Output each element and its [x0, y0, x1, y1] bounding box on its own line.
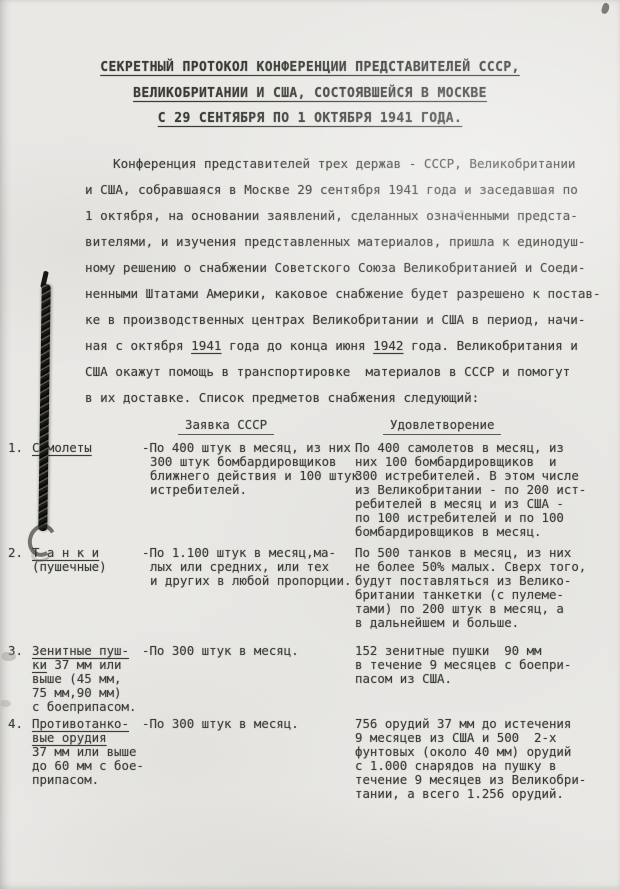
year-1942: 1942 — [373, 338, 403, 353]
satisfaction-line: тами) по 200 штук в месяц, а — [355, 602, 614, 616]
satisfaction-line: тании, а всего 1.256 орудий. — [355, 787, 614, 801]
satisfaction-cell: 756 орудий 37 мм до истечения 9 месяцев … — [355, 717, 614, 801]
item-label-line: вые орудия — [32, 731, 142, 745]
satisfaction-line: По 400 самолетов в месяц, из — [355, 441, 614, 455]
table-row: 3. Зенитные пуш- ки 37 мм или выше (45 м… — [8, 644, 614, 714]
paragraph-line: в их доставке. Список предметов снабжени… — [85, 385, 610, 411]
label-underlined-part: ки — [32, 657, 47, 672]
year-line-pre: ная с октября — [85, 338, 191, 353]
item-label-line: Противотанко- — [32, 717, 142, 731]
satisfaction-line: 756 орудий 37 мм до истечения — [355, 717, 614, 731]
item-number: 1. — [8, 441, 32, 455]
satisfaction-line: из Великобритании - по 200 ист- — [355, 483, 614, 497]
paragraph-line: ному решению о снабжении Советского Союз… — [85, 255, 610, 281]
title-line: СЕКРЕТНЫЙ ПРОТОКОЛ КОНФЕРЕНЦИИ ПРЕДСТАВИ… — [0, 55, 620, 81]
request-line: и других в любой пропорции. — [142, 574, 355, 588]
item-label: Зенитные пуш- ки 37 мм или выше (45 мм, … — [32, 644, 142, 714]
label-plain-part: с боеприпасом. — [32, 699, 136, 714]
table-row: 2. Т а н к и (пушечные) -По 1.100 штук в… — [8, 546, 614, 630]
label-underlined-part: вые орудия — [32, 730, 107, 745]
satisfaction-line: течение 9 месяцев из Великобри- — [355, 773, 614, 787]
item-label-line: выше (45 мм, — [32, 672, 142, 686]
paragraph-line: вителями, и изучения представленных мате… — [85, 229, 610, 255]
request-cell: -По 300 штук в месяц. — [142, 717, 355, 731]
paragraph-line-years: ная с октября 1941 года до конца июня 19… — [85, 333, 610, 359]
request-cell: -По 1.100 штук в месяц,ма- лых или средн… — [142, 546, 355, 588]
label-underlined-part: Противотанко- — [32, 716, 129, 731]
satisfaction-line: пасом из США. — [355, 672, 614, 686]
satisfaction-cell: По 400 самолетов в месяц, из них 100 бом… — [355, 441, 614, 539]
paper-speck — [600, 2, 610, 15]
satisfaction-line: 300 истребителей. В этом числе — [355, 469, 614, 483]
satisfaction-line: ребителей в месяц и из США - — [355, 497, 614, 511]
year-1941: 1941 — [191, 338, 221, 353]
table-rows: 1. Самолеты -По 400 штук в месяц, из них… — [8, 441, 614, 801]
paper-smudge — [2, 652, 16, 661]
table-row: 4. Противотанко- вые орудия 37 мм или вы… — [8, 717, 614, 801]
item-number: 4. — [8, 717, 32, 731]
paper-smudge — [1, 700, 11, 707]
satisfaction-line: по 100 истребителей и по 100 — [355, 511, 614, 525]
item-label-line: припасом. — [32, 773, 142, 787]
preamble-paragraph: Конференция представителей трех держав -… — [85, 151, 610, 411]
satisfaction-line: в дальнейшем и больше. — [355, 616, 614, 630]
satisfaction-line: британии танкетки (с пулеме- — [355, 588, 614, 602]
item-label-line: Зенитные пуш- — [32, 644, 142, 658]
title-line: С 29 СЕНТЯБРЯ ПО 1 ОКТЯБРЯ 1941 ГОДА. — [0, 106, 620, 132]
title-line: ВЕЛИКОБРИТАНИИ И США, СОСТОЯВШЕЙСЯ В МОС… — [0, 81, 620, 107]
year-line-post: года. Великобритания и — [404, 338, 578, 353]
item-label-line: до 60 мм с бое- — [32, 759, 142, 773]
request-cell: -По 400 штук в месяц, из них 300 штук бо… — [142, 441, 355, 497]
paragraph-lines: США окажут помощь в транспортировке мате… — [85, 359, 610, 411]
request-line: истребителей. — [142, 483, 355, 497]
satisfaction-line: в течение 9 месяцев с боепри- — [355, 658, 614, 672]
request-line: -По 1.100 штук в месяц,ма- — [142, 546, 355, 560]
paper-speck — [460, 210, 464, 214]
paragraph-lines: Конференция представителей трех держав -… — [85, 151, 610, 333]
label-underlined-part: Зенитные пуш- — [32, 643, 129, 658]
request-line: 300 штук бомбардировщиков — [142, 455, 355, 469]
request-line: -По 300 штук в месяц. — [142, 644, 355, 658]
request-cell: -По 300 штук в месяц. — [142, 644, 355, 658]
label-plain-part: припасом. — [32, 772, 99, 787]
column-header-request: Заявка СССР — [178, 417, 274, 435]
satisfaction-cell: По 500 танков в месяц, из них не более 5… — [355, 546, 614, 630]
satisfaction-line: них 100 бомбардировщиков и — [355, 455, 614, 469]
satisfaction-line: бомбардировщиков в месяц. — [355, 525, 614, 539]
label-plain-part: 37 мм или выше — [32, 744, 136, 759]
label-plain-part: до 60 мм с бое- — [32, 758, 144, 773]
document-title: СЕКРЕТНЫЙ ПРОТОКОЛ КОНФЕРЕНЦИИ ПРЕДСТАВИ… — [0, 55, 620, 132]
satisfaction-line: 152 зенитные пушки 90 мм — [355, 644, 614, 658]
satisfaction-line: с 1.000 снарядов на пушку в — [355, 759, 614, 773]
supply-table: Заявка СССР Удовлетворение 1. Самолеты -… — [8, 417, 614, 801]
table-header-row: Заявка СССР Удовлетворение — [8, 417, 614, 441]
item-label-line: (пушечные) — [32, 560, 142, 574]
item-label: Противотанко- вые орудия 37 мм или выше … — [32, 717, 142, 787]
label-plain-part: 75 мм,90 мм) — [32, 685, 122, 700]
satisfaction-line: 9 месяцев из США и 500 2-х — [355, 731, 614, 745]
item-label-line: 75 мм,90 мм) — [32, 686, 142, 700]
table-row: 1. Самолеты -По 400 штук в месяц, из них… — [8, 441, 614, 539]
request-line: лых или средних, или тех — [142, 560, 355, 574]
satisfaction-line: По 500 танков в месяц, из них — [355, 546, 614, 560]
paragraph-line: и США, собравшаяся в Москве 29 сентября … — [85, 177, 610, 203]
item-label-line: ки 37 мм или — [32, 658, 142, 672]
label-plain-part: выше (45 мм, — [32, 671, 122, 686]
paragraph-line: ненными Штатами Америки, каковое снабжен… — [85, 281, 610, 307]
paragraph-line: 1 октября, на основании заявлений, сдела… — [85, 203, 610, 229]
request-line: ближнего действия и 100 штук — [142, 469, 355, 483]
paragraph-line: США окажут помощь в транспортировке мате… — [85, 359, 610, 385]
document-page: СЕКРЕТНЫЙ ПРОТОКОЛ КОНФЕРЕНЦИИ ПРЕДСТАВИ… — [0, 0, 620, 889]
label-plain-part: 37 мм или — [47, 657, 122, 672]
paragraph-line: Конференция представителей трех держав -… — [85, 151, 610, 177]
year-line-mid: года до конца июня — [222, 338, 374, 353]
satisfaction-line: фунтовых (около 40 мм) орудий — [355, 745, 614, 759]
paragraph-line: ке в производственных центрах Великобрит… — [85, 307, 610, 333]
satisfaction-cell: 152 зенитные пушки 90 мм в течение 9 мес… — [355, 644, 614, 686]
satisfaction-line: будут поставляться из Велико- — [355, 574, 614, 588]
request-line: -По 400 штук в месяц, из них — [142, 441, 355, 455]
item-label-line: 37 мм или выше — [32, 745, 142, 759]
satisfaction-line: не более 50% малых. Сверх того, — [355, 560, 614, 574]
item-label-line: с боеприпасом. — [32, 700, 142, 714]
column-header-satisfaction: Удовлетворение — [383, 417, 501, 435]
request-line: -По 300 штук в месяц. — [142, 717, 355, 731]
